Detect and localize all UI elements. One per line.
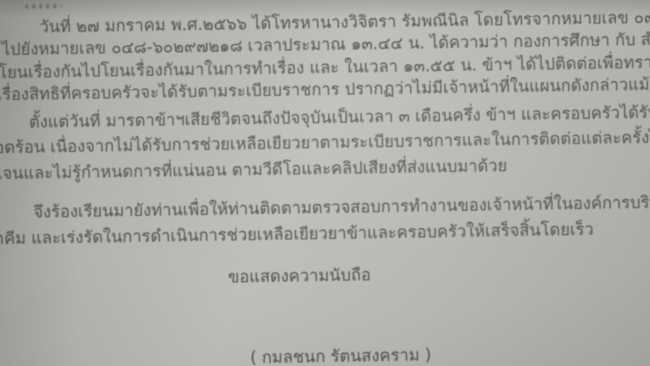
cropped-line-remnant: [25, 4, 61, 9]
doc-line: เจนและไม่รู้กำหนดการที่แน่นอน ตามวีดีโอแ…: [0, 155, 507, 185]
document-text-layer: วันที่ ๒๗ มกราคม พ.ศ.๒๕๖๖ ได้โทรหานางวิจ…: [0, 0, 650, 366]
photographed-document: วันที่ ๒๗ มกราคม พ.ศ.๒๕๖๖ ได้โทรหานางวิจ…: [0, 0, 650, 366]
doc-line: าคีม และเร่งรัดในการดำเนินการช่วยเหลือเย…: [0, 219, 594, 250]
paragraph-1: วันที่ ๒๗ มกราคม พ.ศ.๒๕๖๖ ได้โทรหานางวิจ…: [0, 0, 647, 5]
paragraph-2: ตั้งแต่วันที่ มารดาข้าฯเสียชีวิตจนถึงปัจ…: [0, 0, 647, 5]
paragraph-3: จึงร้องเรียนมายังท่านเพื่อให้ท่านติดตามต…: [0, 0, 647, 5]
signature-name: ( กมลชนก รัตนสงคราม ): [250, 344, 431, 366]
closing-phrase: ขอแสดงความนับถือ: [228, 264, 371, 288]
